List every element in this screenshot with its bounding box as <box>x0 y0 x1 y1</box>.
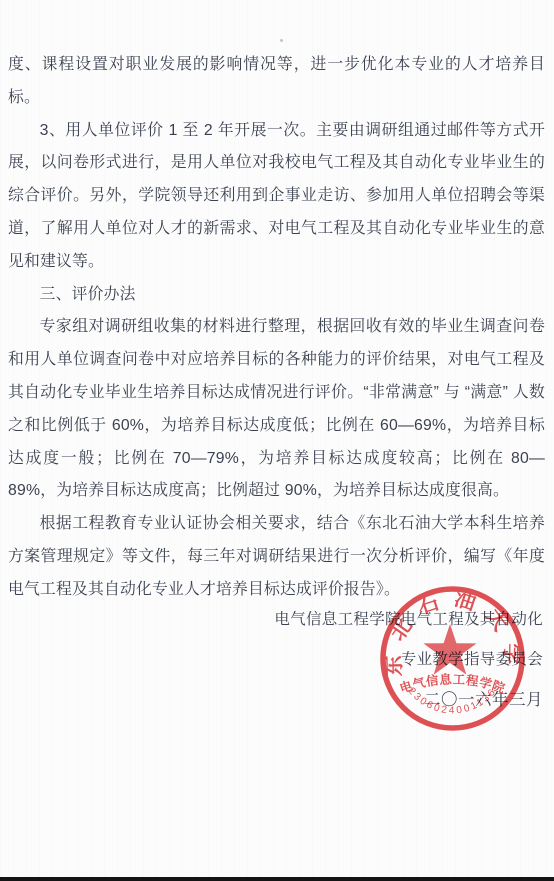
paragraph-employer-evaluation: 3、用人单位评价 1 至 2 年开展一次。主要由调研组通过邮件等方式开展，以问卷… <box>8 115 545 279</box>
seal-star-icon <box>423 624 476 675</box>
paragraph-evaluation-criteria: 专家组对调研组收集的材料进行整理，根据回收有效的毕业生调查问卷和用人单位调查问卷… <box>8 311 545 508</box>
document-page: 度、课程设置对职业发展的影响情况等，进一步优化本专业的人才培养目标。 3、用人单… <box>0 0 554 881</box>
official-seal-icon: 东北石油大学 电气信息工程学院 2306024001136 <box>377 584 529 734</box>
paragraph-continuation: 度、课程设置对职业发展的影响情况等，进一步优化本专业的人才培养目标。 <box>8 49 545 115</box>
scan-speck <box>280 39 283 42</box>
section-heading-evaluation-method: 三、评价办法 <box>8 279 545 312</box>
document-body: 度、课程设置对职业发展的影响情况等，进一步优化本专业的人才培养目标。 3、用人单… <box>0 0 554 607</box>
bottom-border <box>0 877 554 881</box>
